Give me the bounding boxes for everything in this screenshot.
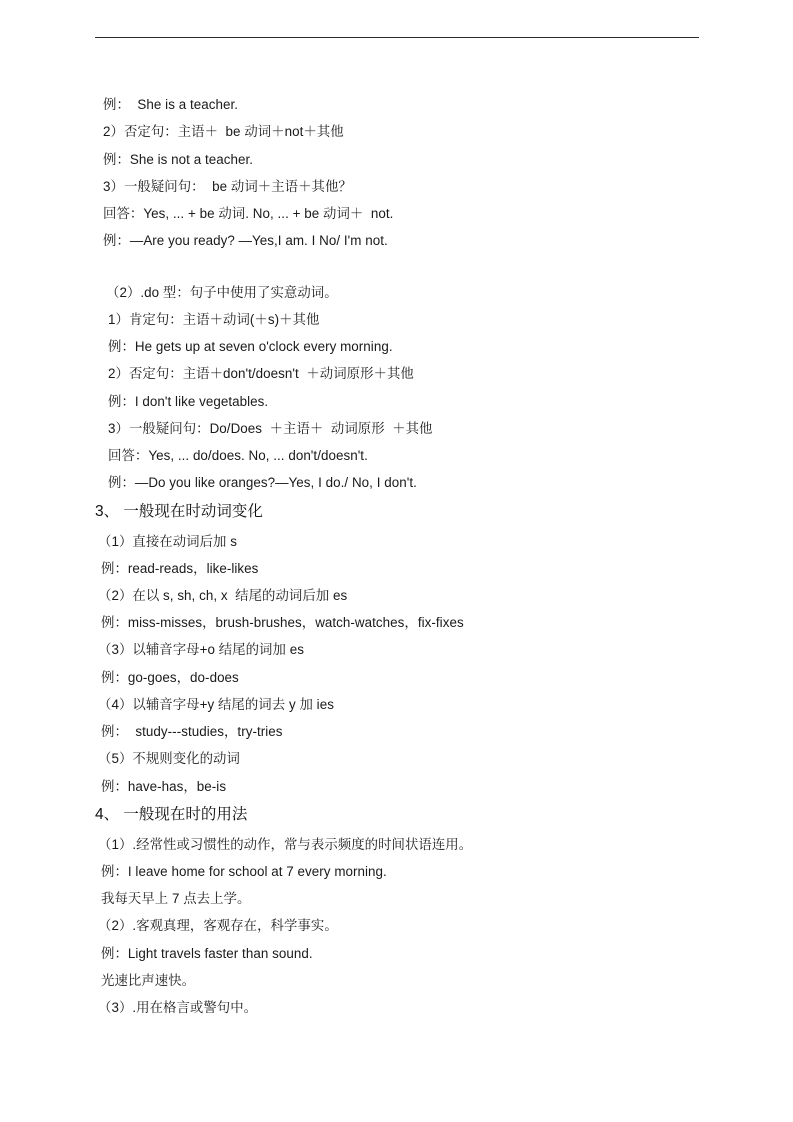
section-heading: 4、 一般现在时的用法: [95, 806, 247, 824]
text-line: 3）一般疑问句： be 动词＋主语＋其他？: [103, 179, 352, 195]
text-line: 例：—Do you like oranges?—Yes, I do./ No, …: [108, 475, 417, 491]
section-heading: 3、 一般现在时动词变化: [95, 503, 263, 521]
text-line: 例：I don't like vegetables.: [108, 394, 268, 410]
text-line: （2）.do 型：句子中使用了实意动词。: [106, 285, 338, 301]
text-line: 我每天早上 7 点去上学。: [101, 891, 250, 907]
text-line: 例：—Are you ready? —Yes,I am. I No/ I'm n…: [103, 233, 388, 249]
text-line: 例：read-reads，like-likes: [101, 561, 258, 577]
text-line: 例：I leave home for school at 7 every mor…: [101, 864, 387, 880]
text-line: 1）肯定句：主语＋动词(＋s)＋其他: [108, 312, 319, 328]
text-line: 例：miss-misses，brush-brushes，watch-watche…: [101, 615, 464, 631]
text-line: 3）一般疑问句：Do/Does ＋主语＋ 动词原形 ＋其他: [108, 421, 433, 437]
text-line: 例：Light travels faster than sound.: [101, 946, 313, 962]
text-line: 2）否定句：主语＋ be 动词＋not＋其他: [103, 124, 344, 140]
text-line: 例：She is not a teacher.: [103, 152, 253, 168]
text-line: 回答：Yes, ... do/does. No, ... don't/doesn…: [108, 448, 368, 464]
text-line: （3）以辅音字母+o 结尾的词加 es: [98, 642, 304, 658]
text-line: 例：have-has，be-is: [101, 779, 226, 795]
text-line: （1）直接在动词后加 s: [98, 534, 237, 550]
text-line: 例： study---studies，try-tries: [101, 724, 283, 740]
text-line: 2）否定句：主语＋don't/doesn't ＋动词原形＋其他: [108, 366, 414, 382]
text-line: （5）不规则变化的动词: [98, 751, 240, 767]
text-line: 例：He gets up at seven o'clock every morn…: [108, 339, 393, 355]
text-line: （2）.客观真理，客观存在，科学事实。: [98, 918, 338, 934]
text-line: 例：go-goes，do-does: [101, 670, 239, 686]
text-line: （4）以辅音字母+y 结尾的词去 y 加 ies: [98, 697, 334, 713]
text-line: 回答：Yes, ... + be 动词. No, ... + be 动词＋ no…: [103, 206, 393, 222]
text-line: （3）.用在格言或警句中。: [98, 1000, 257, 1016]
header-rule: [95, 37, 699, 38]
text-line: （2）在以 s, sh, ch, x 结尾的动词后加 es: [98, 588, 347, 604]
text-line: 光速比声速快。: [101, 973, 195, 989]
text-line: （1）.经常性或习惯性的动作，常与表示频度的时间状语连用。: [98, 837, 472, 853]
text-line: 例： She is a teacher.: [103, 97, 238, 113]
